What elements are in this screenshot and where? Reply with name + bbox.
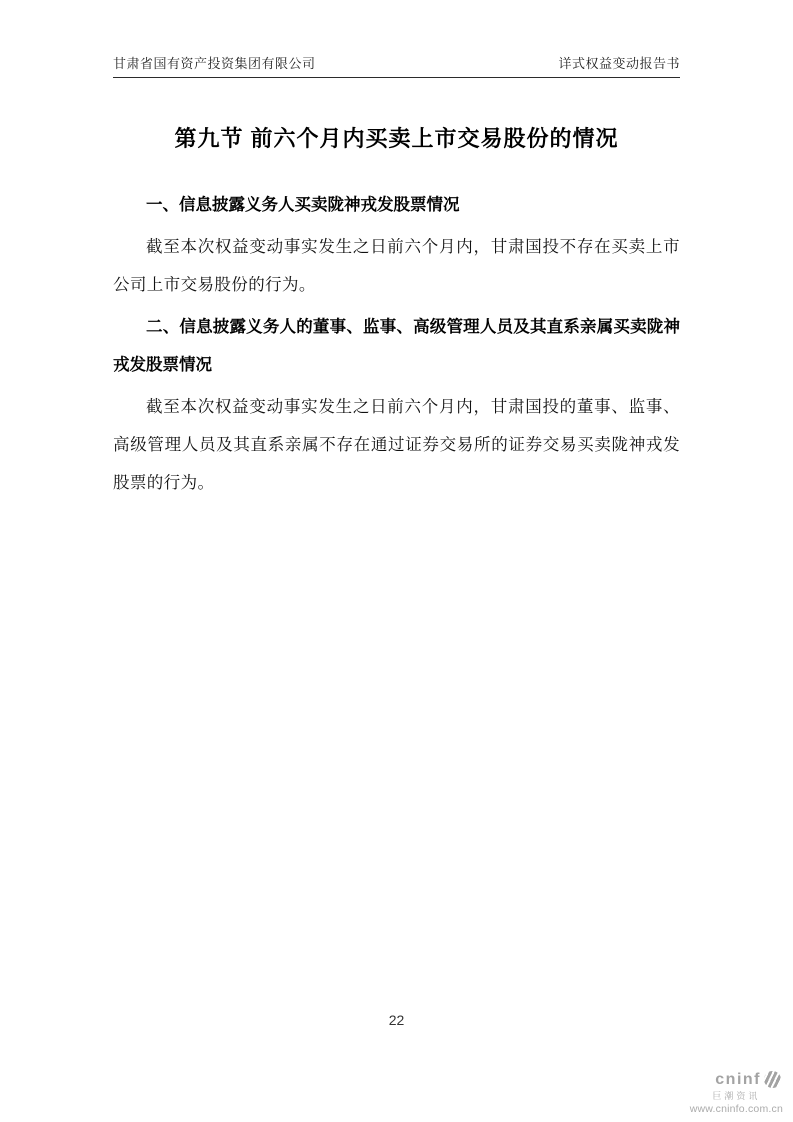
section-title: 第九节 前六个月内买卖上市交易股份的情况 bbox=[113, 122, 680, 156]
cninfo-logo: cninf 巨潮资讯 www.cninfo.com.cn bbox=[690, 1070, 783, 1116]
cninfo-swirl-icon bbox=[764, 1071, 781, 1088]
cninfo-url: www.cninfo.com.cn bbox=[690, 1103, 783, 1116]
page-header: 甘肃省国有资产投资集团有限公司 详式权益变动报告书 bbox=[113, 0, 680, 78]
subsection-heading-2: 二、信息披露义务人的董事、监事、高级管理人员及其直系亲属买卖陇神戎发股票情况 bbox=[113, 308, 680, 384]
subsection-body-2: 截至本次权益变动事实发生之日前六个月内，甘肃国投的董事、监事、高级管理人员及其直… bbox=[113, 388, 680, 502]
document-page: 甘肃省国有资产投资集团有限公司 详式权益变动报告书 第九节 前六个月内买卖上市交… bbox=[0, 0, 793, 1122]
subsection-body-1: 截至本次权益变动事实发生之日前六个月内，甘肃国投不存在买卖上市公司上市交易股份的… bbox=[113, 228, 680, 304]
page-number: 22 bbox=[0, 1012, 793, 1028]
header-report-title: 详式权益变动报告书 bbox=[558, 53, 680, 72]
cninfo-brand-name: 巨潮资讯 bbox=[690, 1091, 783, 1102]
cninfo-brand-text: cninf bbox=[715, 1070, 761, 1090]
subsection-heading-1: 一、信息披露义务人买卖陇神戎发股票情况 bbox=[113, 186, 680, 224]
header-company-name: 甘肃省国有资产投资集团有限公司 bbox=[113, 53, 316, 72]
